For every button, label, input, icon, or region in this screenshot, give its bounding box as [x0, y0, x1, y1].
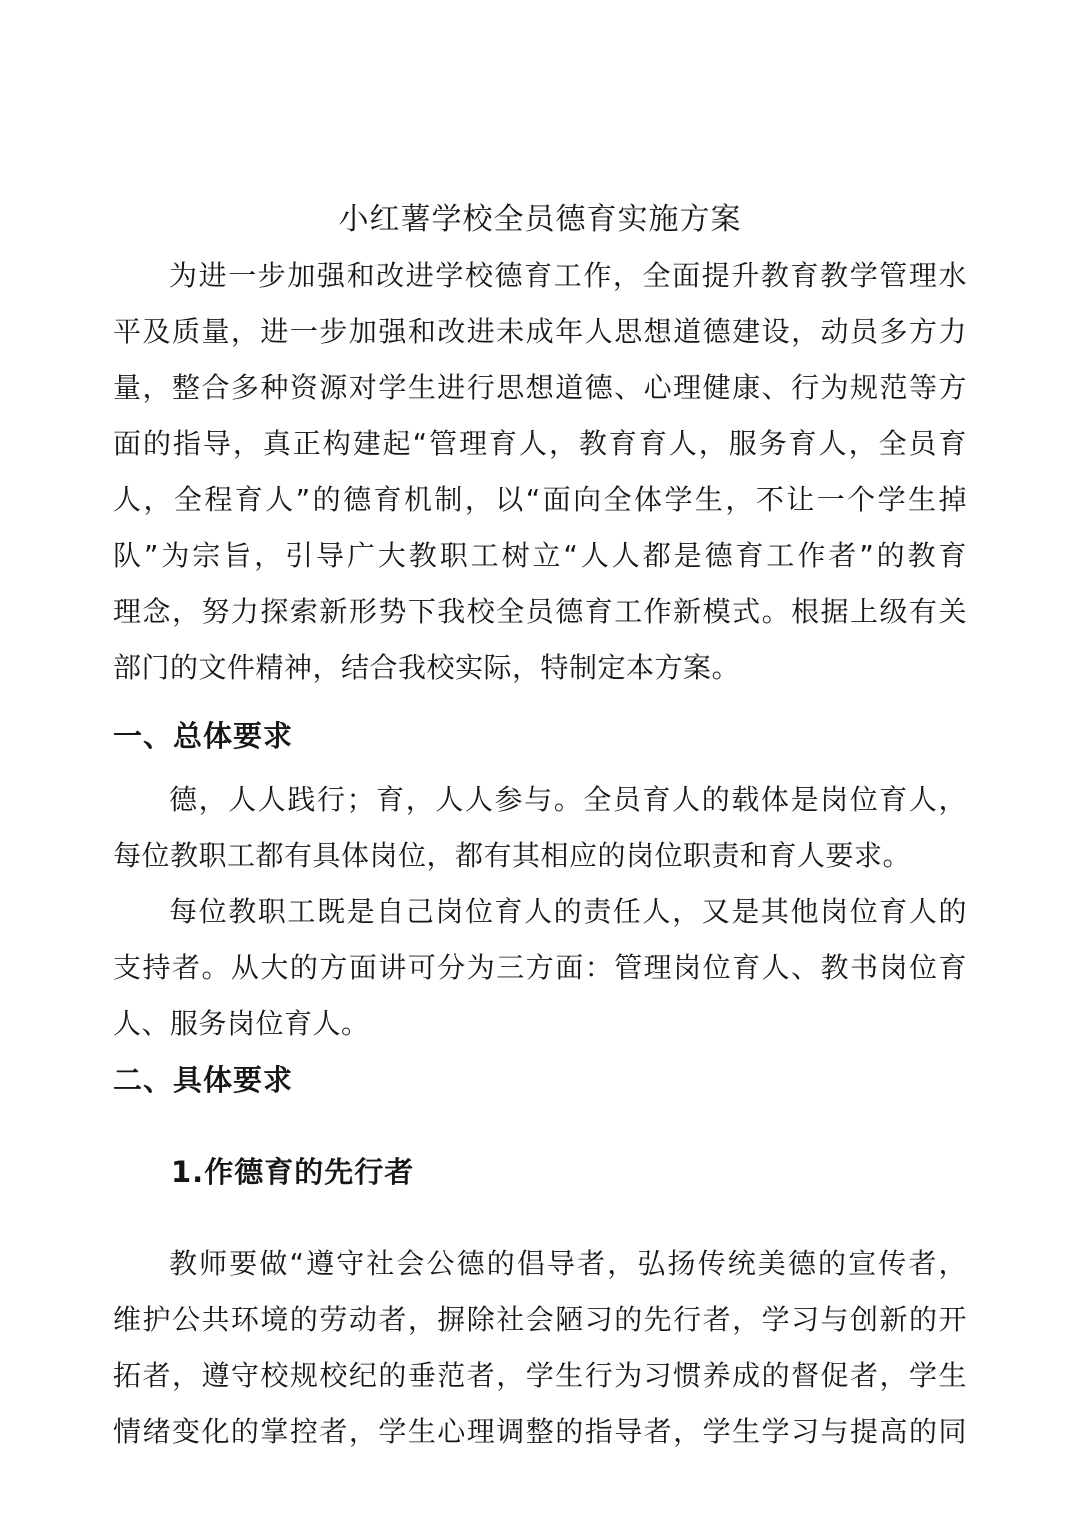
text-line: 每位教职工既是自己岗位育人的责任人，又是其他岗位育人的 [113, 884, 967, 940]
text-line: 为进一步加强和改进学校德育工作，全面提升教育教学管理水 [113, 248, 967, 304]
text-line: 人，全程育人”的德育机制，以“面向全体学生，不让一个学生掉 [113, 472, 967, 528]
text-line: 每位教职工都有具体岗位，都有其相应的岗位职责和育人要求。 [113, 828, 967, 884]
section-1-heading: 一、总体要求 [113, 708, 967, 764]
text-line: 量，整合多种资源对学生进行思想道德、心理健康、行为规范等方 [113, 360, 967, 416]
document-page: 小红薯学校全员德育实施方案 为进一步加强和改进学校德育工作，全面提升教育教学管理… [0, 0, 1080, 1527]
document-body: 为进一步加强和改进学校德育工作，全面提升教育教学管理水平及质量，进一步加强和改进… [113, 248, 967, 1460]
text-line: 教师要做“遵守社会公德的倡导者，弘扬传统美德的宣传者， [113, 1236, 967, 1292]
text-line: 平及质量，进一步加强和改进未成年人思想道德建设，动员多方力 [113, 304, 967, 360]
text-line: 德，人人践行；育，人人参与。全员育人的载体是岗位育人， [113, 772, 967, 828]
text-line: 队”为宗旨，引导广大教职工树立“人人都是德育工作者”的教育 [113, 528, 967, 584]
document-title: 小红薯学校全员德育实施方案 [113, 192, 967, 248]
text-line: 支持者。从大的方面讲可分为三方面：管理岗位育人、教书岗位育 [113, 940, 967, 996]
text-line: 人、服务岗位育人。 [113, 996, 967, 1052]
general-requirements-paragraph-1: 德，人人践行；育，人人参与。全员育人的载体是岗位育人，每位教职工都有具体岗位，都… [113, 772, 967, 884]
intro-paragraph: 为进一步加强和改进学校德育工作，全面提升教育教学管理水平及质量，进一步加强和改进… [113, 248, 967, 696]
item-1-subheading: 1.作德育的先行者 [113, 1144, 967, 1200]
text-line: 理念，努力探索新形势下我校全员德育工作新模式。根据上级有关 [113, 584, 967, 640]
section-2-heading: 二、具体要求 [113, 1052, 967, 1108]
text-line: 维护公共环境的劳动者，摒除社会陋习的先行者，学习与创新的开 [113, 1292, 967, 1348]
item-1-paragraph: 教师要做“遵守社会公德的倡导者，弘扬传统美德的宣传者，维护公共环境的劳动者，摒除… [113, 1236, 967, 1460]
text-line: 拓者，遵守校规校纪的垂范者，学生行为习惯养成的督促者，学生 [113, 1348, 967, 1404]
text-line: 面的指导，真正构建起“管理育人，教育育人，服务育人，全员育 [113, 416, 967, 472]
text-line: 部门的文件精神，结合我校实际，特制定本方案。 [113, 640, 967, 696]
general-requirements-paragraph-2: 每位教职工既是自己岗位育人的责任人，又是其他岗位育人的支持者。从大的方面讲可分为… [113, 884, 967, 1052]
text-line: 情绪变化的掌控者，学生心理调整的指导者，学生学习与提高的同 [113, 1404, 967, 1460]
